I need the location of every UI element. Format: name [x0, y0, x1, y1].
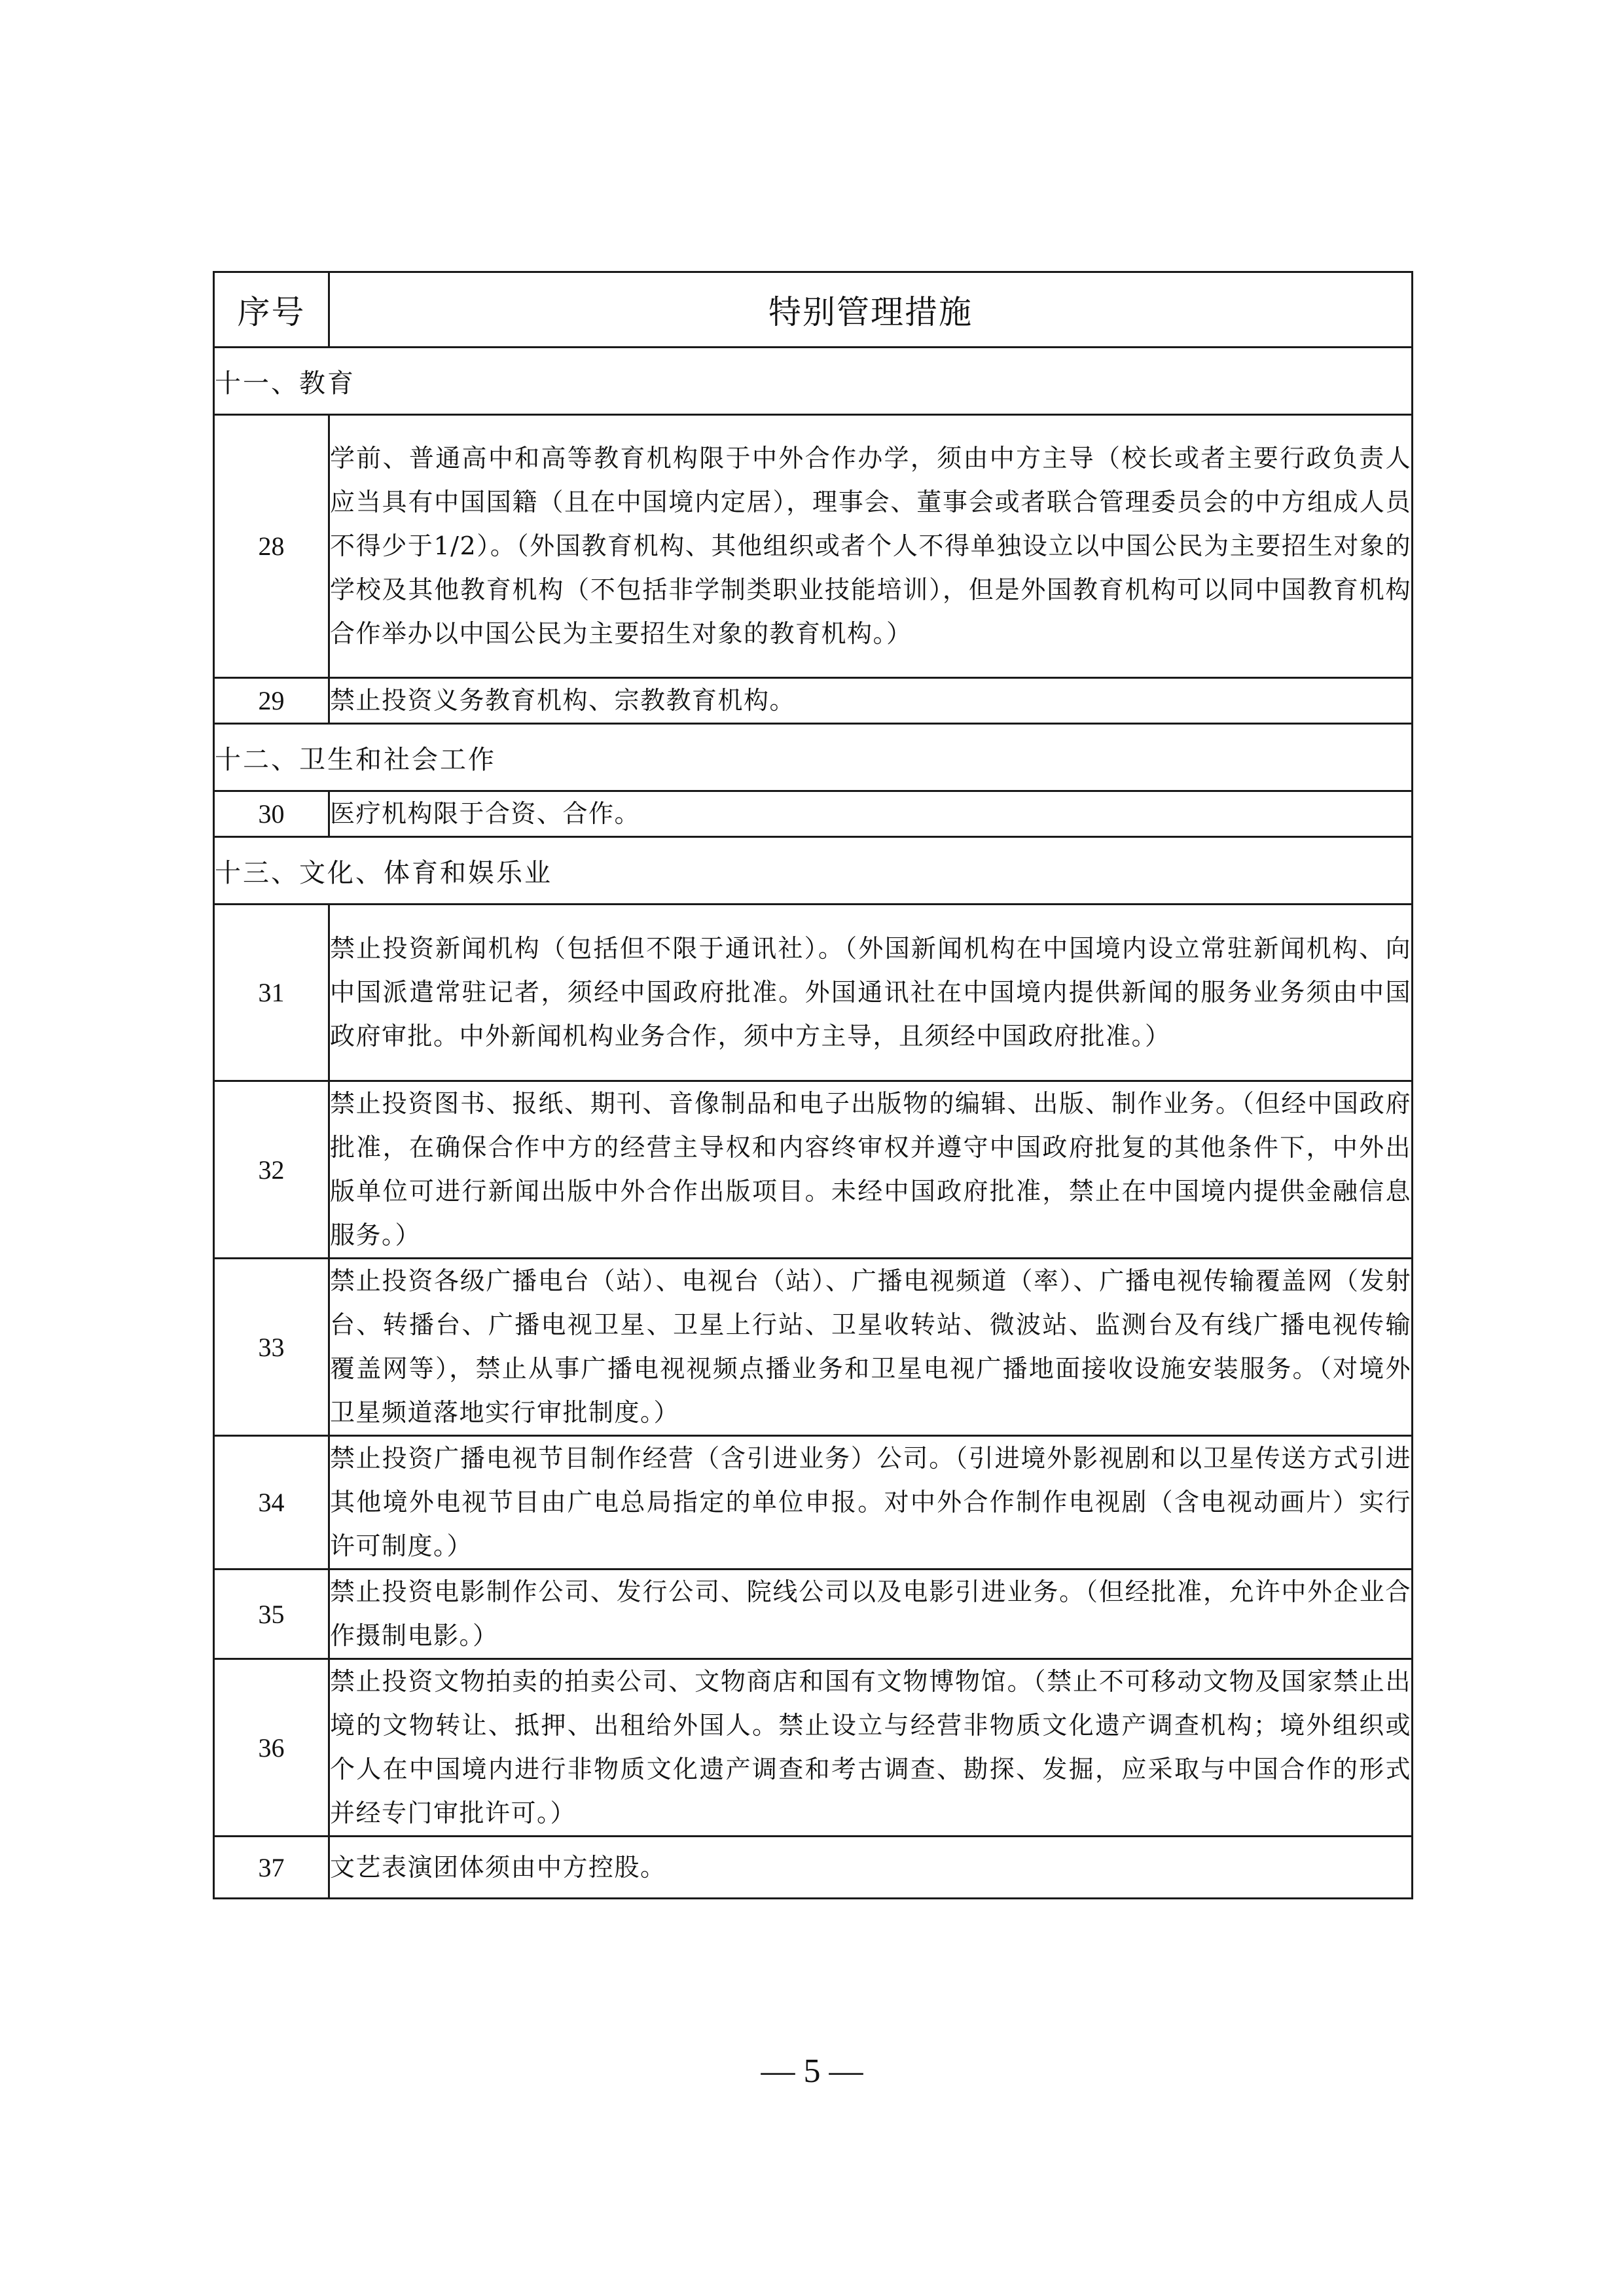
row-text: 禁止投资电影制作公司、发行公司、院线公司以及电影引进业务。（但经批准，允许中外企…	[329, 1570, 1413, 1659]
table-row: 31 禁止投资新闻机构（包括但不限于通讯社）。（外国新闻机构在中国境内设立常驻新…	[214, 905, 1413, 1081]
row-text: 学前、普通高中和高等教育机构限于中外合作办学，须由中方主导（校长或者主要行政负责…	[329, 415, 1413, 678]
section-label: 十二、卫生和社会工作	[214, 724, 1413, 791]
row-number: 31	[214, 905, 329, 1081]
table-row: 29 禁止投资义务教育机构、宗教教育机构。	[214, 678, 1413, 724]
table-row: 32 禁止投资图书、报纸、期刊、音像制品和电子出版物的编辑、出版、制作业务。（但…	[214, 1081, 1413, 1259]
row-number: 34	[214, 1436, 329, 1570]
row-number: 28	[214, 415, 329, 678]
row-text: 禁止投资义务教育机构、宗教教育机构。	[329, 678, 1413, 724]
table-header-row: 序号 特别管理措施	[214, 272, 1413, 348]
row-number: 37	[214, 1837, 329, 1899]
table-row: 35 禁止投资电影制作公司、发行公司、院线公司以及电影引进业务。（但经批准，允许…	[214, 1570, 1413, 1659]
row-text: 禁止投资文物拍卖的拍卖公司、文物商店和国有文物博物馆。（禁止不可移动文物及国家禁…	[329, 1659, 1413, 1837]
section-row-education: 十一、教育	[214, 348, 1413, 415]
header-number: 序号	[214, 272, 329, 348]
row-text: 文艺表演团体须由中方控股。	[329, 1837, 1413, 1899]
page-number: — 5 —	[0, 2052, 1624, 2090]
row-text: 禁止投资图书、报纸、期刊、音像制品和电子出版物的编辑、出版、制作业务。（但经中国…	[329, 1081, 1413, 1259]
row-number: 35	[214, 1570, 329, 1659]
table-row: 28 学前、普通高中和高等教育机构限于中外合作办学，须由中方主导（校长或者主要行…	[214, 415, 1413, 678]
table-row: 34 禁止投资广播电视节目制作经营（含引进业务）公司。（引进境外影视剧和以卫星传…	[214, 1436, 1413, 1570]
row-number: 32	[214, 1081, 329, 1259]
row-text: 禁止投资广播电视节目制作经营（含引进业务）公司。（引进境外影视剧和以卫星传送方式…	[329, 1436, 1413, 1570]
section-label: 十三、文化、体育和娱乐业	[214, 837, 1413, 905]
row-number: 30	[214, 791, 329, 837]
table-row: 33 禁止投资各级广播电台（站）、电视台（站）、广播电视频道（率）、广播电视传输…	[214, 1259, 1413, 1436]
header-measures: 特别管理措施	[329, 272, 1413, 348]
table-row: 30 医疗机构限于合资、合作。	[214, 791, 1413, 837]
row-number: 36	[214, 1659, 329, 1837]
section-label: 十一、教育	[214, 348, 1413, 415]
document-page: 序号 特别管理措施 十一、教育 28 学前、普通高中和高等教育机构限于中外合作办…	[0, 0, 1624, 2296]
section-row-culture: 十三、文化、体育和娱乐业	[214, 837, 1413, 905]
table-row: 37 文艺表演团体须由中方控股。	[214, 1837, 1413, 1899]
row-number: 33	[214, 1259, 329, 1436]
row-number: 29	[214, 678, 329, 724]
row-text: 禁止投资新闻机构（包括但不限于通讯社）。（外国新闻机构在中国境内设立常驻新闻机构…	[329, 905, 1413, 1081]
row-text: 医疗机构限于合资、合作。	[329, 791, 1413, 837]
table-row: 36 禁止投资文物拍卖的拍卖公司、文物商店和国有文物博物馆。（禁止不可移动文物及…	[214, 1659, 1413, 1837]
section-row-health: 十二、卫生和社会工作	[214, 724, 1413, 791]
row-text: 禁止投资各级广播电台（站）、电视台（站）、广播电视频道（率）、广播电视传输覆盖网…	[329, 1259, 1413, 1436]
special-measures-table: 序号 特别管理措施 十一、教育 28 学前、普通高中和高等教育机构限于中外合作办…	[213, 271, 1413, 1899]
